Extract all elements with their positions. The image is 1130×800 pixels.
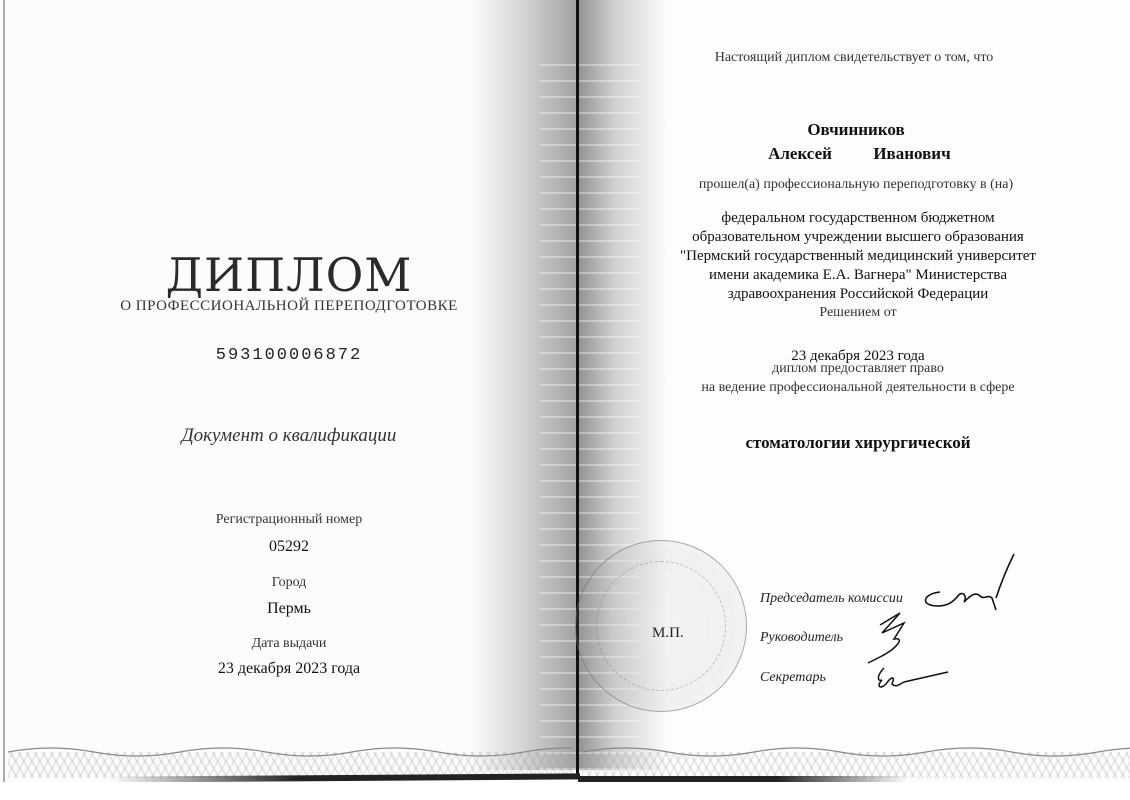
organization-line-3: "Пермский государственный медицинский ун… <box>582 247 1130 266</box>
city-value: Пермь <box>0 600 578 618</box>
director-label: Руководитель <box>760 630 843 646</box>
decision-label: Решением от <box>582 305 1130 321</box>
spine-fold <box>576 0 579 775</box>
intro-text: Настоящий диплом свидетельствует о том, … <box>578 50 1130 66</box>
diploma-title: ДИПЛОМ <box>0 248 578 302</box>
document-type: Документ о квалификации <box>0 425 578 447</box>
diploma-subtitle: О ПРОФЕССИОНАЛЬНОЙ ПЕРЕПОДГОТОВКЕ <box>0 298 578 315</box>
activity-field-text: на ведение профессиональной деятельности… <box>582 380 1130 396</box>
registration-number: 05292 <box>0 538 578 556</box>
organization-line-5: здравоохранения Российской Федерации <box>582 285 1130 304</box>
organization-line-1: федеральном государственном бюджетном <box>582 209 1130 228</box>
director-signature <box>860 605 920 665</box>
specialty: стоматологии хирургической <box>582 433 1130 453</box>
city-label: Город <box>0 575 578 591</box>
last-name: Овчинников <box>580 120 1130 140</box>
patronymic: Иванович <box>862 144 962 164</box>
completed-text: прошел(а) профессиональную переподготовк… <box>580 177 1130 193</box>
wave-border-left <box>8 742 573 762</box>
organization-line-2: образовательном учреждении высшего образ… <box>582 228 1130 247</box>
secretary-label: Секретарь <box>760 670 826 686</box>
issue-date: 23 декабря 2023 года <box>0 660 578 678</box>
scan-background <box>0 782 1130 800</box>
serial-number: 593100006872 <box>0 346 578 365</box>
issue-date-label: Дата выдачи <box>0 636 578 652</box>
registration-label: Регистрационный номер <box>0 512 578 528</box>
stamp-place-label: М.П. <box>652 625 684 642</box>
wave-border-right <box>582 742 1130 762</box>
first-name: Алексей <box>755 144 845 164</box>
secretary-signature <box>870 660 960 694</box>
organization-line-4: имени академика Е.А. Вагнера" Министерст… <box>582 266 1130 285</box>
chairman-signature <box>910 550 1020 620</box>
grants-right-text: диплом предоставляет право <box>582 361 1130 377</box>
